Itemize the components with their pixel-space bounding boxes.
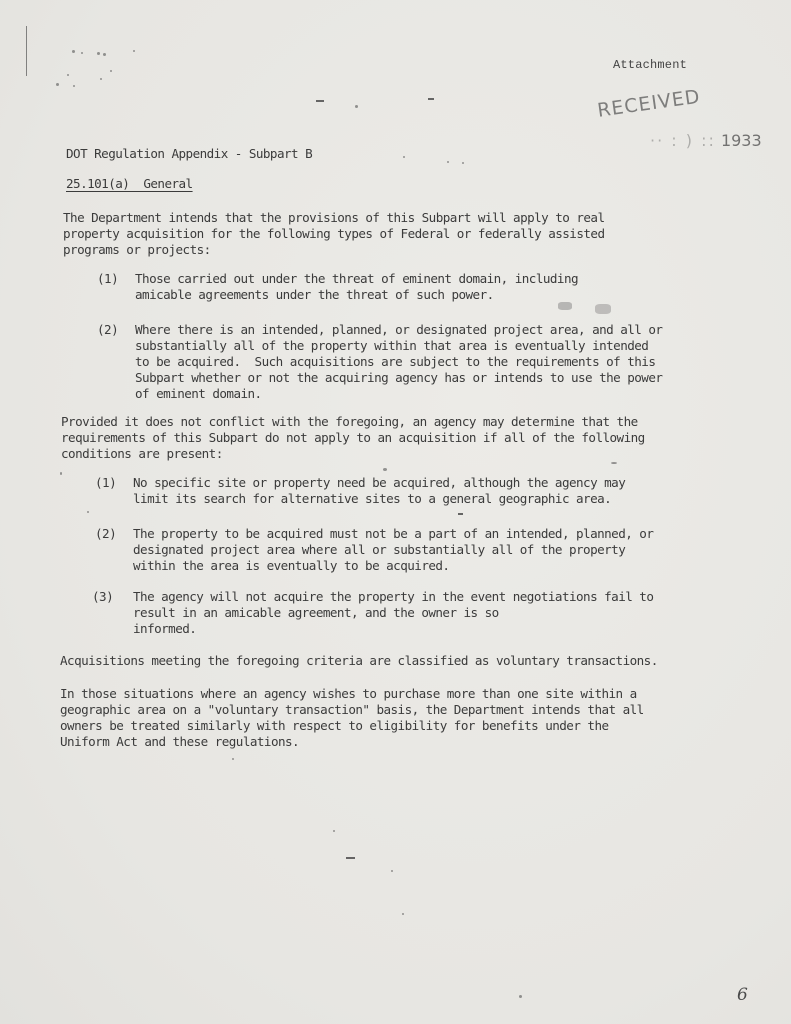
scan-speck	[56, 83, 59, 86]
received-stamp: RECEIVED	[596, 86, 702, 122]
scan-mark	[316, 100, 324, 102]
binder-mark	[26, 26, 27, 76]
list-item-line: limit its search for alternative sites t…	[133, 491, 611, 507]
list-item-line: designated project area where all or sub…	[133, 542, 625, 558]
list-item-line: of eminent domain.	[135, 386, 262, 402]
list-item-number: (1)	[95, 475, 116, 491]
closing-line: owners be treated similarly with respect…	[60, 718, 609, 734]
list-item-number: (2)	[95, 526, 116, 542]
list-item-number: (1)	[97, 271, 118, 287]
scan-speck	[133, 50, 135, 52]
scan-speck	[391, 870, 393, 872]
closing-line: Uniform Act and these regulations.	[60, 734, 299, 750]
scan-mark	[428, 98, 434, 100]
proviso-line: Provided it does not conflict with the f…	[61, 414, 638, 430]
scan-speck	[462, 162, 464, 164]
intro-line: property acquisition for the following t…	[63, 226, 604, 242]
scan-speck	[67, 74, 69, 76]
scan-speck	[72, 50, 75, 53]
scan-smudge	[595, 304, 611, 314]
list-item-line: within the area is eventually to be acqu…	[133, 558, 449, 574]
scan-mark	[458, 513, 463, 515]
attachment-label: Attachment	[613, 57, 687, 73]
scan-speck	[403, 156, 405, 158]
list-item-line: Subpart whether or not the acquiring age…	[135, 370, 662, 386]
list-item-line: The agency will not acquire the property…	[133, 589, 653, 605]
list-item-line: result in an amicable agreement, and the…	[133, 605, 499, 621]
received-stamp-date: ·· : ) :: 1933	[650, 131, 762, 150]
intro-line: programs or projects:	[63, 242, 211, 258]
scan-smudge	[558, 302, 572, 310]
scan-speck	[232, 758, 234, 760]
proviso-line: conditions are present:	[61, 446, 223, 462]
scan-speck	[97, 52, 100, 55]
stamp-year: 1933	[721, 131, 762, 150]
list-item-number: (2)	[97, 322, 118, 338]
scan-speck	[402, 913, 404, 915]
scan-speck	[355, 105, 358, 108]
scan-speck	[447, 161, 449, 163]
conclusion-paragraph: Acquisitions meeting the foregoing crite…	[60, 653, 658, 669]
scan-speck	[73, 85, 75, 87]
list-item-line: informed.	[133, 621, 196, 637]
list-item-line: Those carried out under the threat of em…	[135, 271, 578, 287]
received-stamp-text: RECEIVED	[596, 86, 702, 122]
list-item-line: Where there is an intended, planned, or …	[135, 322, 662, 338]
scan-speck	[103, 53, 106, 56]
closing-line: geographic area on a "voluntary transact…	[60, 702, 644, 718]
list-item-line: amicable agreements under the threat of …	[135, 287, 494, 303]
list-item-line: to be acquired. Such acquisitions are su…	[135, 354, 655, 370]
list-item-line: No specific site or property need be acq…	[133, 475, 625, 491]
scan-speck	[611, 462, 617, 464]
closing-line: In those situations where an agency wish…	[60, 686, 637, 702]
document-title: DOT Regulation Appendix - Subpart B	[66, 146, 312, 162]
scan-speck	[81, 52, 83, 54]
scan-speck	[110, 70, 112, 72]
list-item-line: The property to be acquired must not be …	[133, 526, 653, 542]
scan-speck	[87, 511, 89, 513]
scan-speck	[333, 830, 335, 832]
intro-line: The Department intends that the provisio…	[63, 210, 604, 226]
scan-mark	[346, 857, 355, 859]
scan-speck	[383, 468, 387, 471]
list-item-line: substantially all of the property within…	[135, 338, 648, 354]
list-item-number: (3)	[92, 589, 113, 605]
document-page: Attachment RECEIVED ·· : ) :: 1933 DOT R…	[0, 0, 791, 1024]
page-number: 6	[737, 985, 748, 1005]
scan-speck	[519, 995, 522, 998]
scan-speck	[100, 78, 102, 80]
proviso-line: requirements of this Subpart do not appl…	[61, 430, 645, 446]
section-heading: 25.101(a) General	[66, 176, 193, 192]
scan-speck	[60, 472, 62, 475]
